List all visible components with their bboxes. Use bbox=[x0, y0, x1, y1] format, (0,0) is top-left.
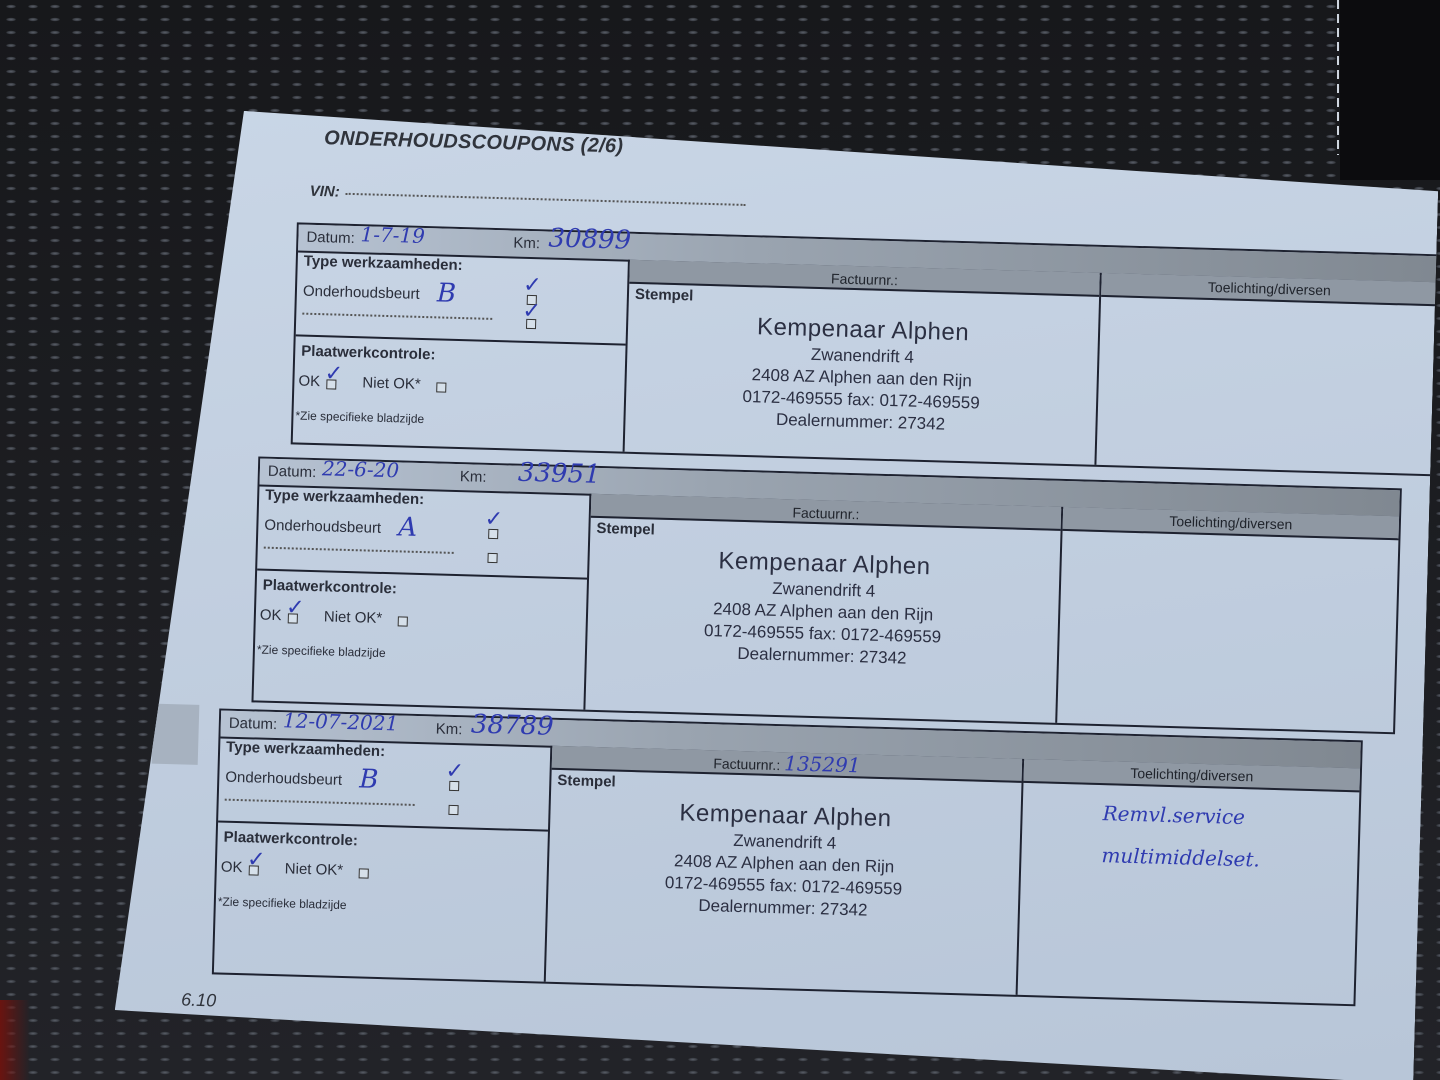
footnote: *Zie specifieke bladzijde bbox=[295, 408, 424, 426]
vin-field: VIN: bbox=[310, 183, 746, 212]
niet-ok-checkbox[interactable] bbox=[359, 868, 369, 878]
factuurnr-label: Factuurnr.: bbox=[713, 755, 780, 773]
toelichting-line: multimiddelset. bbox=[1101, 843, 1260, 871]
niet-ok-label: Niet OK* bbox=[362, 374, 421, 393]
niet-ok-label: Niet OK* bbox=[285, 860, 344, 879]
extra-work-checkbox[interactable] bbox=[487, 553, 497, 563]
seat-edge bbox=[1340, 0, 1440, 180]
dealer-stamp: Kempenaar Alphen Zwanendrift 4 2408 AZ A… bbox=[625, 310, 1098, 439]
stempel-label: Stempel bbox=[596, 520, 655, 539]
ok-check-icon: ✓ bbox=[247, 847, 266, 873]
footnote: *Zie specifieke bladzijde bbox=[257, 642, 386, 660]
km-label: Km: bbox=[436, 721, 463, 739]
dealer-stamp: Kempenaar Alphen Zwanendrift 4 2408 AZ A… bbox=[587, 544, 1060, 673]
onderhoudsbeurt-label: Onderhoudsbeurt bbox=[225, 769, 342, 789]
remarks-column: Toelichting/diversen bbox=[1096, 273, 1437, 474]
plaatwerkcontrole-label: Plaatwerkcontrole: bbox=[262, 577, 397, 598]
work-type-column: Type werkzaamheden: Onderhoudsbeurt A ✓ … bbox=[254, 484, 592, 709]
stempel-label: Stempel bbox=[557, 772, 616, 791]
dealer-stamp: Kempenaar Alphen Zwanendrift 4 2408 AZ A… bbox=[548, 796, 1021, 925]
toelichting-line: Remvl.service bbox=[1102, 801, 1261, 829]
datum-value[interactable]: 22-6-20 bbox=[322, 456, 400, 482]
datum-label: Datum: bbox=[229, 715, 278, 733]
vin-dotted-line bbox=[346, 193, 746, 206]
remarks-column: Toelichting/diversen Remvl.servicemultim… bbox=[1018, 759, 1360, 1004]
page-number: 6.10 bbox=[181, 989, 217, 1011]
onderhoudsbeurt-label: Onderhoudsbeurt bbox=[264, 517, 381, 537]
stamp-column: Factuurnr.: Stempel Kempenaar Alphen Zwa… bbox=[625, 260, 1102, 465]
onderhoudsbeurt-label: Onderhoudsbeurt bbox=[303, 283, 420, 303]
stamp-column: Factuurnr.: Stempel Kempenaar Alphen Zwa… bbox=[585, 494, 1063, 723]
stamp-column: Factuurnr.: 135291 Stempel Kempenaar Alp… bbox=[546, 746, 1024, 995]
ok-label: OK bbox=[221, 859, 243, 877]
red-accent bbox=[0, 1000, 30, 1080]
work-type-column: Type werkzaamheden: Onderhoudsbeurt B ✓ … bbox=[214, 736, 552, 981]
extra-work-dotted-line bbox=[264, 547, 454, 554]
datum-label: Datum: bbox=[306, 229, 355, 247]
stempel-label: Stempel bbox=[635, 286, 694, 305]
type-werkzaamheden-label: Type werkzaamheden: bbox=[265, 487, 424, 508]
coupon-1: Datum: 1-7-19 Km: 30899 Type werkzaamhed… bbox=[291, 222, 1440, 476]
extra-work-dotted-line bbox=[302, 313, 492, 320]
coupon-3: Datum: 12-07-2021 Km: 38789 Type werkzaa… bbox=[212, 708, 1363, 1006]
plaatwerkcontrole-label: Plaatwerkcontrole: bbox=[301, 343, 436, 364]
side-tab-marker bbox=[152, 704, 200, 765]
ok-label: OK bbox=[298, 373, 320, 391]
niet-ok-checkbox[interactable] bbox=[436, 382, 446, 392]
datum-value[interactable]: 1-7-19 bbox=[360, 222, 425, 248]
factuurnr-label: Factuurnr.: bbox=[792, 504, 859, 522]
onderhoudsbeurt-type[interactable]: B bbox=[359, 764, 379, 795]
vin-label: VIN: bbox=[310, 183, 340, 201]
type-werkzaamheden-label: Type werkzaamheden: bbox=[226, 739, 385, 760]
extra-work-check-icon: ✓ bbox=[522, 299, 541, 325]
plaatwerkcontrole-label: Plaatwerkcontrole: bbox=[223, 829, 358, 850]
ok-check-icon: ✓ bbox=[286, 595, 305, 621]
km-value[interactable]: 33951 bbox=[518, 458, 602, 490]
extra-work-dotted-line bbox=[225, 799, 415, 806]
page-title: ONDERHOUDSCOUPONS (2/6) bbox=[324, 127, 624, 158]
km-value[interactable]: 38789 bbox=[470, 709, 554, 741]
factuurnr-value[interactable]: 135291 bbox=[784, 751, 861, 777]
remarks-column: Toelichting/diversen bbox=[1057, 507, 1399, 732]
niet-ok-checkbox[interactable] bbox=[398, 616, 408, 626]
extra-work-checkbox[interactable] bbox=[448, 805, 458, 815]
seat-stitching bbox=[1337, 0, 1339, 155]
work-type-column: Type werkzaamheden: Onderhoudsbeurt B ✓ … bbox=[293, 250, 630, 451]
onderhoudsbeurt-check-icon: ✓ bbox=[445, 759, 464, 785]
km-label: Km: bbox=[460, 468, 487, 486]
onderhoudsbeurt-type[interactable]: B bbox=[437, 278, 457, 309]
onderhoudsbeurt-type[interactable]: A bbox=[398, 512, 418, 543]
niet-ok-label: Niet OK* bbox=[324, 608, 383, 627]
ok-label: OK bbox=[260, 607, 282, 625]
type-werkzaamheden-label: Type werkzaamheden: bbox=[304, 253, 463, 274]
booklet-page: ONDERHOUDSCOUPONS (2/6) VIN: Datum: 1-7-… bbox=[114, 108, 1440, 1080]
datum-label: Datum: bbox=[268, 463, 317, 481]
ok-check-icon: ✓ bbox=[324, 361, 343, 387]
footnote: *Zie specifieke bladzijde bbox=[218, 894, 347, 912]
coupon-2: Datum: 22-6-20 Km: 33951 Type werkzaamhe… bbox=[251, 456, 1401, 734]
onderhoudsbeurt-check-icon: ✓ bbox=[484, 507, 503, 533]
datum-value[interactable]: 12-07-2021 bbox=[283, 708, 399, 735]
onderhoudsbeurt-check-icon: ✓ bbox=[523, 273, 542, 299]
km-value[interactable]: 30899 bbox=[548, 223, 632, 255]
km-label: Km: bbox=[513, 234, 540, 252]
toelichting-notes[interactable]: Remvl.servicemultimiddelset. bbox=[1101, 801, 1262, 889]
factuurnr-label: Factuurnr.: bbox=[831, 270, 898, 288]
